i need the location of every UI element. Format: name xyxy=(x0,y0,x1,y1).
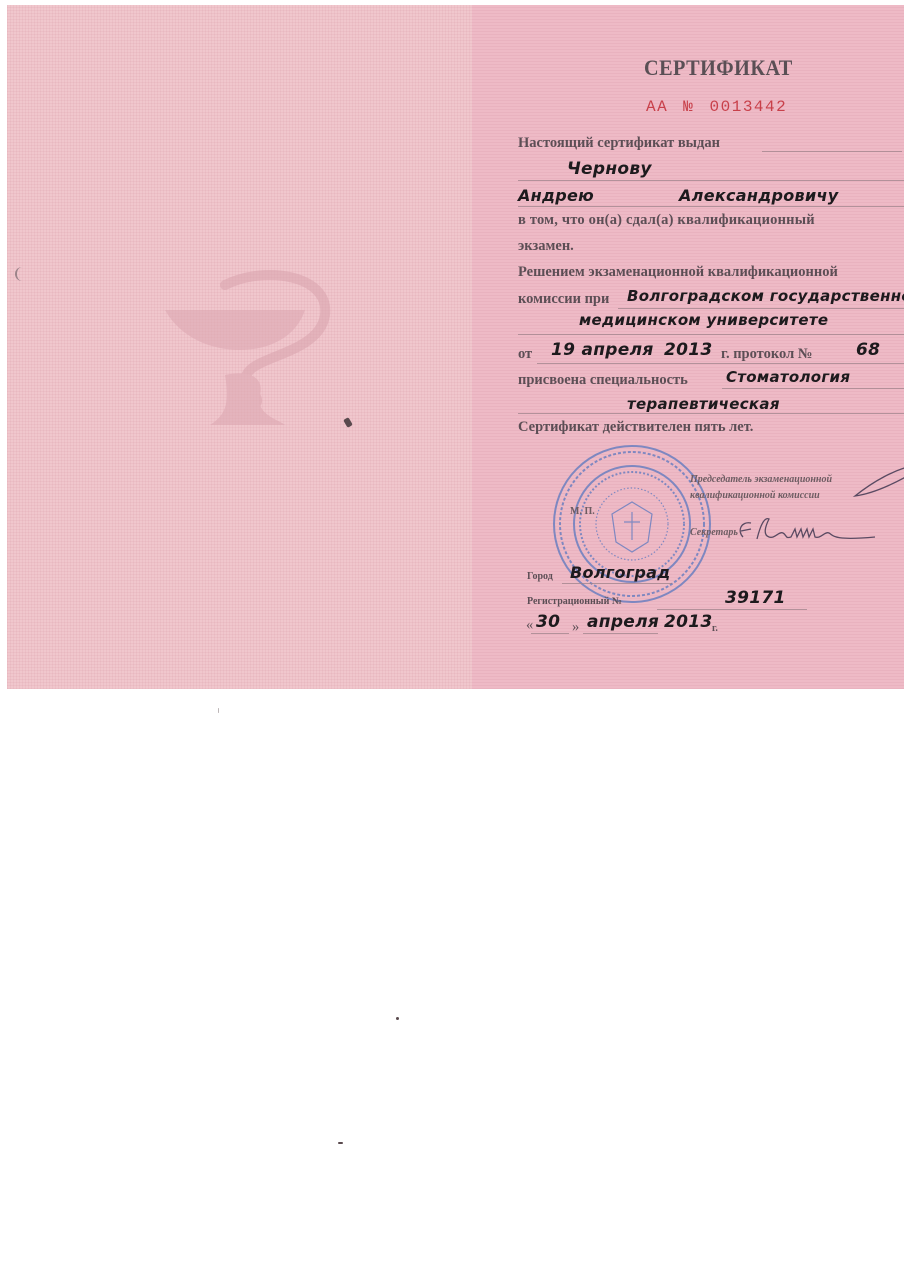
institution-handwritten-line2: медицинском университете xyxy=(579,311,828,329)
patronymic-handwritten: Александровичу xyxy=(679,186,838,205)
protocol-label: г. протокол № xyxy=(721,346,812,363)
registration-number-handwritten: 39171 xyxy=(725,588,786,608)
exam-day-month-handwritten: 19 апреля xyxy=(551,340,654,360)
exam-passed-text-line1: в том, что он(а) сдал(а) квалификационны… xyxy=(518,212,815,229)
city-handwritten: Волгоград xyxy=(570,563,671,582)
issue-year-suffix: г. xyxy=(712,623,718,634)
date-line xyxy=(537,363,904,364)
specialty-label: присвоена специальность xyxy=(518,372,688,389)
issue-day-handwritten: 30 xyxy=(536,612,560,632)
certificate-document: СЕРТИФИКАТ АА № 0013442 Настоящий сертиф… xyxy=(7,5,904,689)
validity-text: Сертификат действителен пять лет. xyxy=(518,419,753,436)
specialty-handwritten-line1: Стоматология xyxy=(726,368,850,386)
left-page xyxy=(7,5,472,689)
name-line xyxy=(518,206,904,207)
chairman-label-line2: квалификационной комиссии xyxy=(690,490,820,501)
bowl-of-hygieia-emblem-icon xyxy=(155,255,345,430)
scan-speck xyxy=(338,1142,343,1144)
certificate-title: СЕРТИФИКАТ xyxy=(644,55,793,81)
issue-day-line xyxy=(531,633,569,634)
stamp-place-label: М. П. xyxy=(570,506,595,517)
first-name-handwritten: Андрею xyxy=(518,186,594,205)
city-line xyxy=(562,583,672,584)
issue-open-quote: « xyxy=(526,617,533,634)
secretary-signature xyxy=(735,513,885,543)
date-from-label: от xyxy=(518,346,532,363)
issue-month-handwritten: апреля xyxy=(587,612,659,632)
institution-line2 xyxy=(518,334,904,335)
exam-year-handwritten: 2013 xyxy=(664,340,713,360)
specialty-line2 xyxy=(518,413,904,414)
scan-speck xyxy=(218,708,219,713)
registration-label: Регистрационный № xyxy=(527,596,622,607)
decision-text: Решением экзаменационной квалификационно… xyxy=(518,264,838,281)
serial-number: АА № 0013442 xyxy=(646,98,787,116)
exam-passed-text-line2: экзамен. xyxy=(518,238,574,255)
issued-to-label: Настоящий сертификат выдан xyxy=(518,135,720,152)
chairman-signature xyxy=(845,460,904,505)
issue-close-quote: » xyxy=(572,619,579,636)
specialty-line1 xyxy=(722,388,904,389)
institution-line1 xyxy=(618,308,904,309)
specialty-handwritten-line2: терапевтическая xyxy=(627,395,780,413)
chairman-label-line1: Председатель экзаменационной xyxy=(690,474,832,485)
protocol-number-handwritten: 68 xyxy=(856,340,880,360)
issued-to-line xyxy=(762,151,902,152)
institution-handwritten-line1: Волгоградском государственном xyxy=(627,287,904,305)
issue-year-handwritten: 2013 xyxy=(664,612,713,632)
registration-line xyxy=(657,609,807,610)
secretary-label: Секретарь xyxy=(690,527,738,538)
scan-speck xyxy=(396,1017,399,1020)
issue-month-line xyxy=(583,633,658,634)
surname-line xyxy=(518,180,904,181)
city-label: Город xyxy=(527,571,553,582)
surname-handwritten: Чернову xyxy=(567,159,652,179)
binding-mark xyxy=(15,267,25,281)
commission-label: комиссии при xyxy=(518,291,609,308)
